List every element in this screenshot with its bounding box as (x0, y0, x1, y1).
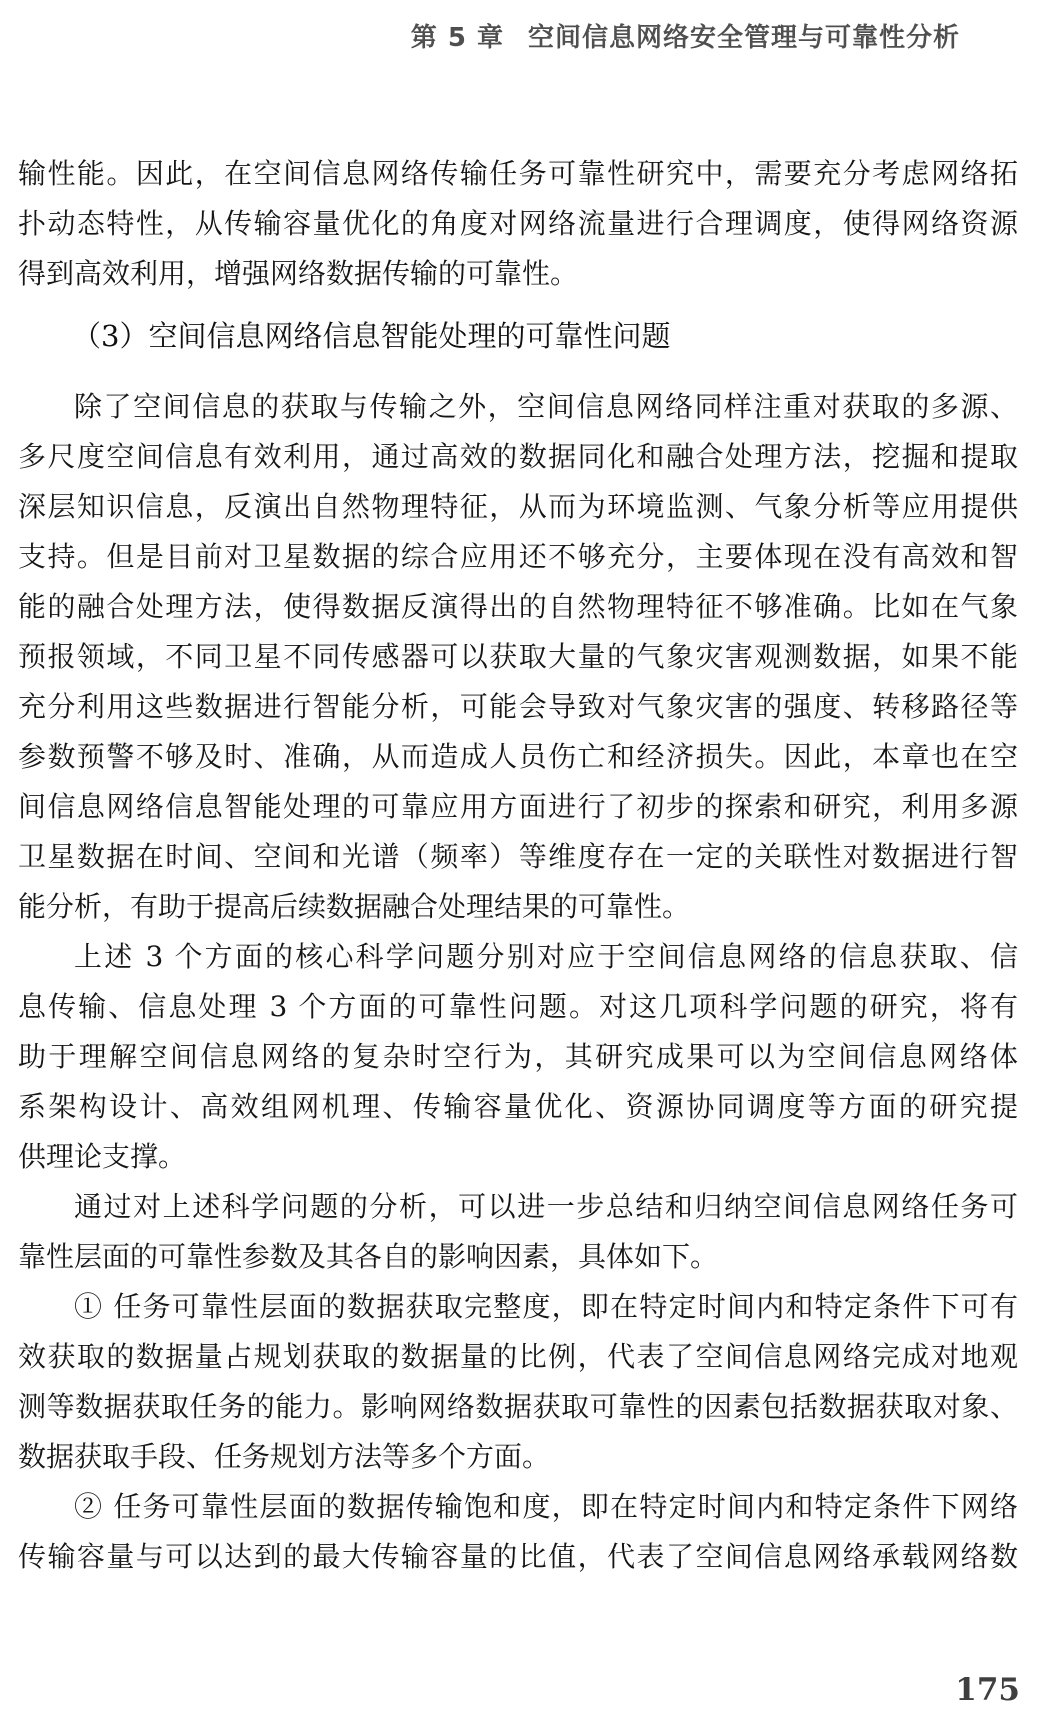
text-line: 参数预警不够及时、准确，从而造成人员伤亡和经济损失。因此，本章也在空 (18, 732, 1018, 782)
text-line: 预报领域，不同卫星不同传感器可以获取大量的气象灾害观测数据，如果不能 (18, 632, 1018, 682)
running-header: 第 5 章空间信息网络安全管理与可靠性分析 (411, 17, 960, 54)
page-number: 175 (955, 1672, 1020, 1708)
text-line: 深层知识信息，反演出自然物理特征，从而为环境监测、气象分析等应用提供 (18, 482, 1018, 532)
text-line: 上述 3 个方面的核心科学问题分别对应于空间信息网络的信息获取、信 (18, 932, 1018, 982)
text-line: 息传输、信息处理 3 个方面的可靠性问题。对这几项科学问题的研究，将有 (18, 982, 1018, 1032)
paragraph: ① 任务可靠性层面的数据获取完整度，即在特定时间内和特定条件下可有 效获取的数据… (18, 1282, 1018, 1482)
text-line: 传输容量与可以达到的最大传输容量的比值，代表了空间信息网络承载网络数 (18, 1532, 1018, 1582)
chapter-title: 空间信息网络安全管理与可靠性分析 (528, 23, 960, 53)
text-line: ② 任务可靠性层面的数据传输饱和度，即在特定时间内和特定条件下网络 (18, 1482, 1018, 1532)
text-line: 卫星数据在时间、空间和光谱（频率）等维度存在一定的关联性对数据进行智 (18, 832, 1018, 882)
text-line: 多尺度空间信息有效利用，通过高效的数据同化和融合处理方法，挖掘和提取 (18, 432, 1018, 482)
text-line: 输性能。因此，在空间信息网络传输任务可靠性研究中，需要充分考虑网络拓 (18, 149, 1018, 199)
paragraph: ② 任务可靠性层面的数据传输饱和度，即在特定时间内和特定条件下网络 传输容量与可… (18, 1482, 1018, 1582)
text-line: 支持。但是目前对卫星数据的综合应用还不够充分，主要体现在没有高效和智 (18, 532, 1018, 582)
text-line: 供理论支撑。 (18, 1132, 1018, 1182)
text-line: 测等数据获取任务的能力。影响网络数据获取可靠性的因素包括数据获取对象、 (18, 1382, 1018, 1432)
text-line: 间信息网络信息智能处理的可靠应用方面进行了初步的探索和研究，利用多源 (18, 782, 1018, 832)
paragraph: 除了空间信息的获取与传输之外，空间信息网络同样注重对获取的多源、 多尺度空间信息… (18, 382, 1018, 932)
text-line: 能的融合处理方法，使得数据反演得出的自然物理特征不够准确。比如在气象 (18, 582, 1018, 632)
text-line: 充分利用这些数据进行智能分析，可能会导致对气象灾害的强度、转移路径等 (18, 682, 1018, 732)
text-line: 扑动态特性，从传输容量优化的角度对网络流量进行合理调度，使得网络资源 (18, 199, 1018, 249)
paragraph: 通过对上述科学问题的分析，可以进一步总结和归纳空间信息网络任务可 靠性层面的可靠… (18, 1182, 1018, 1282)
text-line: 数据获取手段、任务规划方法等多个方面。 (18, 1432, 1018, 1482)
paragraph: 输性能。因此，在空间信息网络传输任务可靠性研究中，需要充分考虑网络拓 扑动态特性… (18, 149, 1018, 299)
chapter-label: 第 5 章 (411, 23, 504, 53)
text-line: 系架构设计、高效组网机理、传输容量优化、资源协同调度等方面的研究提 (18, 1082, 1018, 1132)
section-heading: （3）空间信息网络信息智能处理的可靠性问题 (18, 311, 1018, 361)
page-body: 输性能。因此，在空间信息网络传输任务可靠性研究中，需要充分考虑网络拓 扑动态特性… (18, 149, 1018, 1582)
paragraph: 上述 3 个方面的核心科学问题分别对应于空间信息网络的信息获取、信 息传输、信息… (18, 932, 1018, 1182)
text-line: 效获取的数据量占规划获取的数据量的比例，代表了空间信息网络完成对地观 (18, 1332, 1018, 1382)
text-line: ① 任务可靠性层面的数据获取完整度，即在特定时间内和特定条件下可有 (18, 1282, 1018, 1332)
text-line: 除了空间信息的获取与传输之外，空间信息网络同样注重对获取的多源、 (18, 382, 1018, 432)
text-line: 能分析，有助于提高后续数据融合处理结果的可靠性。 (18, 882, 1018, 932)
text-line: 靠性层面的可靠性参数及其各自的影响因素，具体如下。 (18, 1232, 1018, 1282)
text-line: 得到高效利用，增强网络数据传输的可靠性。 (18, 249, 1018, 299)
book-page: 第 5 章空间信息网络安全管理与可靠性分析 输性能。因此，在空间信息网络传输任务… (0, 0, 1037, 1717)
text-line: 助于理解空间信息网络的复杂时空行为，其研究成果可以为空间信息网络体 (18, 1032, 1018, 1082)
text-line: 通过对上述科学问题的分析，可以进一步总结和归纳空间信息网络任务可 (18, 1182, 1018, 1232)
